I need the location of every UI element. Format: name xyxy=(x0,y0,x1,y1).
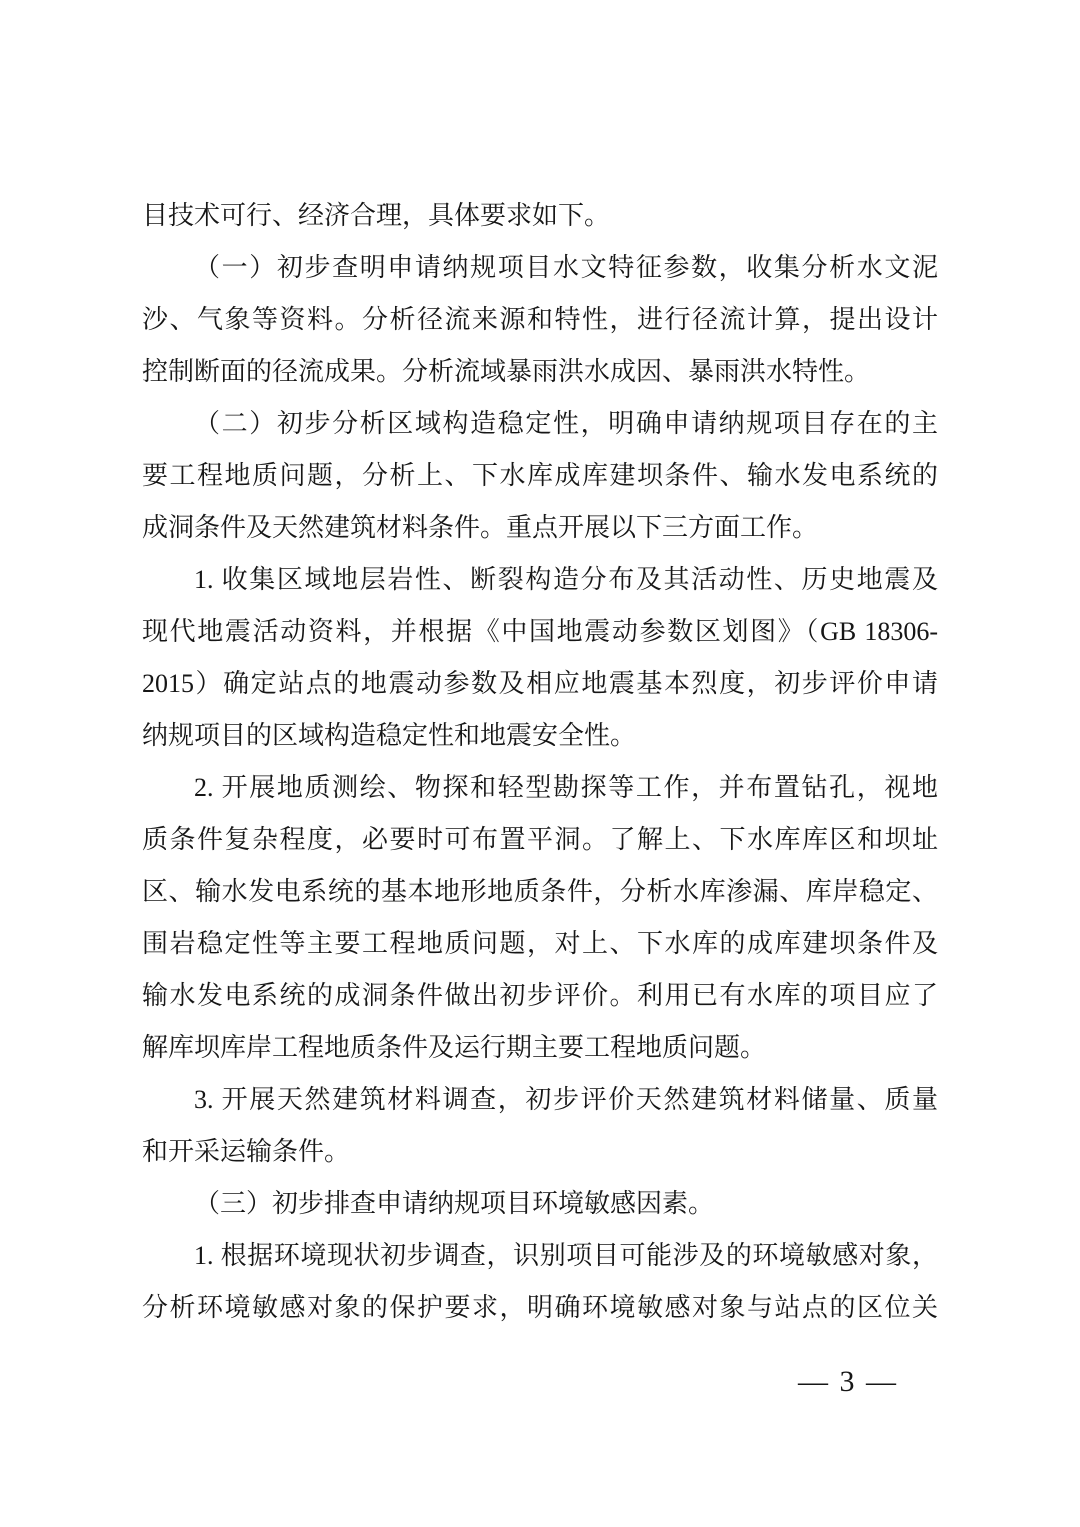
text-line: 控制断面的径流成果。分析流域暴雨洪水成因、暴雨洪水特性。 xyxy=(142,346,938,398)
text-line: 和开采运输条件。 xyxy=(142,1126,938,1178)
text-line: 解库坝库岸工程地质条件及运行期主要工程地质问题。 xyxy=(142,1022,938,1074)
page-number: — 3 — xyxy=(798,1362,898,1402)
text-line: （二）初步分析区域构造稳定性，明确申请纳规项目存在的主 xyxy=(142,398,938,450)
text-line: 围岩稳定性等主要工程地质问题，对上、下水库的成库建坝条件及 xyxy=(142,918,938,970)
document-page: { "page": { "background": "#ffffff", "te… xyxy=(0,0,1080,1527)
document-text-block: 目技术可行、经济合理，具体要求如下。 （一）初步查明申请纳规项目水文特征参数，收… xyxy=(142,190,938,1334)
text-line: 输水发电系统的成洞条件做出初步评价。利用已有水库的项目应了 xyxy=(142,970,938,1022)
text-line: 1. 收集区域地层岩性、断裂构造分布及其活动性、历史地震及 xyxy=(142,554,938,606)
text-line: 2015）确定站点的地震动参数及相应地震基本烈度，初步评价申请 xyxy=(142,658,938,710)
text-line: （三）初步排查申请纳规项目环境敏感因素。 xyxy=(142,1178,938,1230)
text-line: 分析环境敏感对象的保护要求，明确环境敏感对象与站点的区位关 xyxy=(142,1282,938,1334)
text-line: 1. 根据环境现状初步调查，识别项目可能涉及的环境敏感对象， xyxy=(142,1230,938,1282)
text-line: 现代地震活动资料，并根据《中国地震动参数区划图》（GB 18306- xyxy=(142,606,938,658)
text-line: 纳规项目的区域构造稳定性和地震安全性。 xyxy=(142,710,938,762)
text-line: 要工程地质问题，分析上、下水库成库建坝条件、输水发电系统的 xyxy=(142,450,938,502)
text-line: 2. 开展地质测绘、物探和轻型勘探等工作，并布置钻孔，视地 xyxy=(142,762,938,814)
text-line: 3. 开展天然建筑材料调查，初步评价天然建筑材料储量、质量 xyxy=(142,1074,938,1126)
text-line: 区、输水发电系统的基本地形地质条件，分析水库渗漏、库岸稳定、 xyxy=(142,866,938,918)
text-line: 目技术可行、经济合理，具体要求如下。 xyxy=(142,190,938,242)
text-line: 成洞条件及天然建筑材料条件。重点开展以下三方面工作。 xyxy=(142,502,938,554)
text-line: 沙、气象等资料。分析径流来源和特性，进行径流计算，提出设计 xyxy=(142,294,938,346)
text-line: （一）初步查明申请纳规项目水文特征参数，收集分析水文泥 xyxy=(142,242,938,294)
text-line: 质条件复杂程度，必要时可布置平洞。了解上、下水库库区和坝址 xyxy=(142,814,938,866)
